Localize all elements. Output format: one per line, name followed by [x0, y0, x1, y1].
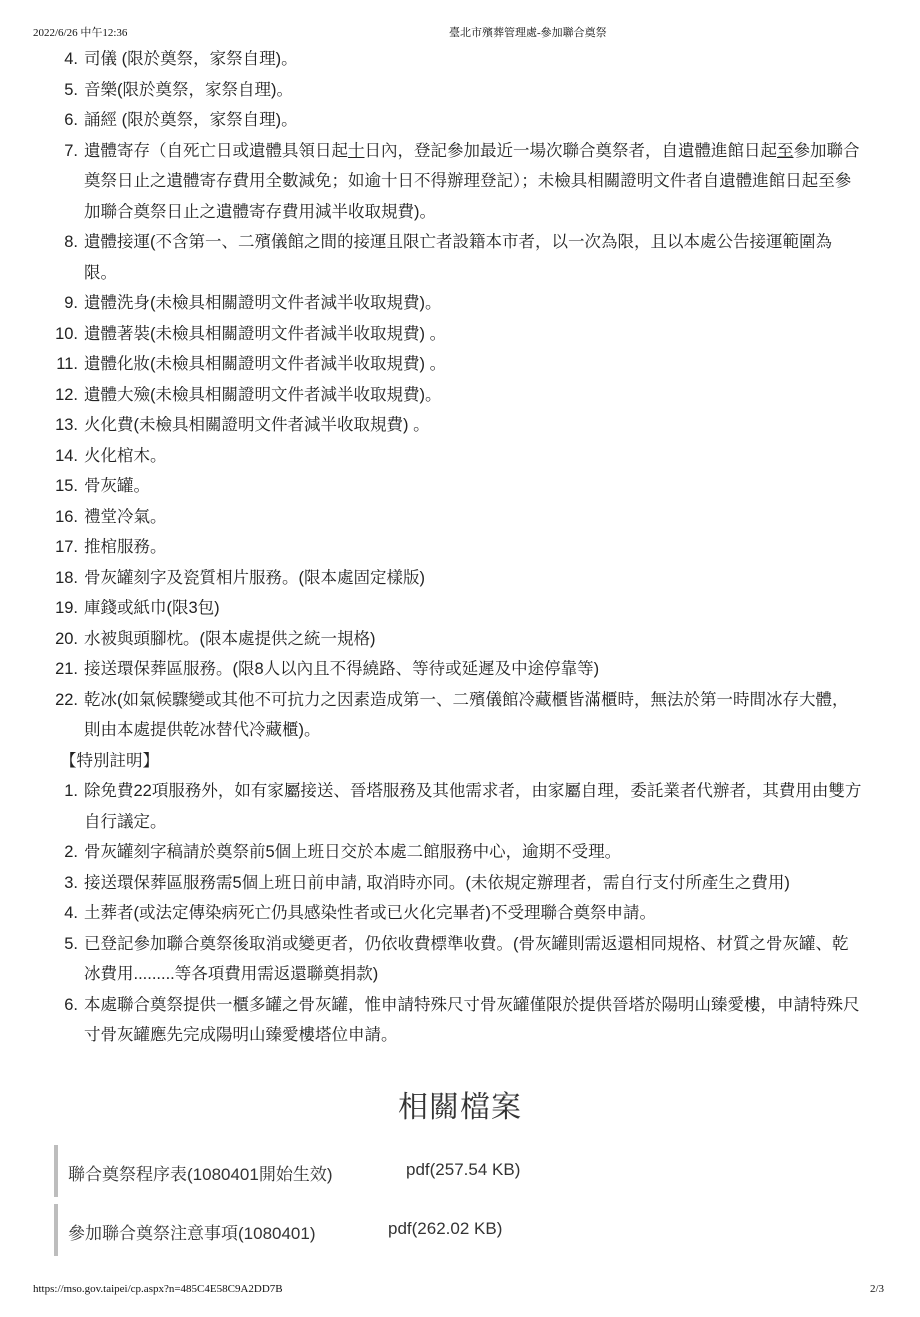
item-number: 8. [0, 227, 78, 258]
item-number: 7. [0, 136, 78, 167]
item-text: 骨灰罐刻字及瓷質相片服務。(限本處固定樣版) [84, 569, 425, 587]
item-number: 14. [0, 441, 78, 472]
list-item: 9.遺體洗身(未檢具相關證明文件者減半收取規費)。 [0, 288, 920, 319]
print-datetime: 2022/6/26 中午12:36 [33, 24, 127, 40]
item-number: 15. [0, 471, 78, 502]
item-number: 12. [0, 380, 78, 411]
item-text: 火化費(未檢具相關證明文件者減半收取規費) 。 [84, 416, 430, 434]
list-item: 8.遺體接運(不含第一、二殯儀館之間的接運且限亡者設籍本市者，以一次為限，且以本… [0, 227, 920, 288]
item-text: 骨灰罐刻字稿請於奠祭前5個上班日交於本處二館服務中心，逾期不受理。 [84, 843, 621, 861]
file-download-link[interactable]: 參加聯合奠祭注意事項(1080401) pdf(262.02 KB) [54, 1204, 858, 1256]
list-item: 20.水被與頭腳枕。(限本處提供之統一規格) [0, 624, 920, 655]
list-item: 12.遺體大殮(未檢具相關證明文件者減半收取規費)。 [0, 380, 920, 411]
item-number: 16. [0, 502, 78, 533]
item-number: 20. [0, 624, 78, 655]
item-text: 接送環保葬區服務。(限8人以內且不得繞路、等待或延遲及中途停靠等) [84, 660, 599, 678]
free-services-list: 4.司儀 (限於奠祭，家祭自理)。 5.音樂(限於奠祭，家祭自理)。 6.誦經 … [0, 44, 920, 746]
item-text: 本處聯合奠祭提供一櫃多罐之骨灰罐，惟申請特殊尺寸骨灰罐僅限於提供晉塔於陽明山臻愛… [84, 996, 860, 1045]
item-number: 18. [0, 563, 78, 594]
print-footer: https://mso.gov.taipei/cp.aspx?n=485C4E5… [0, 1283, 920, 1299]
main-content: 4.司儀 (限於奠祭，家祭自理)。 5.音樂(限於奠祭，家祭自理)。 6.誦經 … [0, 44, 920, 1051]
list-item: 2.骨灰罐刻字稿請於奠祭前5個上班日交於本處二館服務中心，逾期不受理。 [0, 837, 920, 868]
item-number: 1. [0, 776, 78, 807]
list-item: 16.禮堂冷氣。 [0, 502, 920, 533]
list-item: 15.骨灰罐。 [0, 471, 920, 502]
list-item: 17.推棺服務。 [0, 532, 920, 563]
list-item: 10.遺體著裝(未檢具相關證明文件者減半收取規費) 。 [0, 319, 920, 350]
item-text: 已登記參加聯合奠祭後取消或變更者，仍依收費標準收費。(骨灰罐則需返還相同規格、材… [84, 935, 849, 984]
item-number: 4. [0, 898, 78, 929]
file-name[interactable]: 參加聯合奠祭注意事項(1080401) [68, 1219, 316, 1244]
item-text: 接送環保葬區服務需5個上班日前申請, 取消時亦同。(未依規定辦理者，需自行支付所… [84, 874, 790, 892]
item-text: 遺體寄存（自死亡日或遺體具領日起 [84, 142, 348, 160]
list-item: 13.火化費(未檢具相關證明文件者減半收取規費) 。 [0, 410, 920, 441]
list-item: 3.接送環保葬區服務需5個上班日前申請, 取消時亦同。(未依規定辦理者，需自行支… [0, 868, 920, 899]
item-number: 6. [0, 105, 78, 136]
list-item: 5.音樂(限於奠祭，家祭自理)。 [0, 75, 920, 106]
item-text: 誦經 (限於奠祭，家祭自理)。 [84, 111, 298, 129]
item-text: 除免費22項服務外，如有家屬接送、晉塔服務及其他需求者，由家屬自理，委託業者代辦… [84, 782, 861, 831]
page-url: https://mso.gov.taipei/cp.aspx?n=485C4E5… [33, 1283, 283, 1295]
item-text: 日內，登記參加最近一場次聯合奠祭者，自遺體進館日起 [365, 142, 778, 160]
item-text: 骨灰罐。 [84, 477, 150, 495]
file-name[interactable]: 聯合奠祭程序表(1080401開始生效) [68, 1160, 333, 1185]
item-number: 10. [0, 319, 78, 350]
item-number: 21. [0, 654, 78, 685]
item-number: 6. [0, 990, 78, 1021]
item-number: 19. [0, 593, 78, 624]
item-text: 火化棺木。 [84, 447, 167, 465]
list-item: 6.本處聯合奠祭提供一櫃多罐之骨灰罐，惟申請特殊尺寸骨灰罐僅限於提供晉塔於陽明山… [0, 990, 920, 1051]
item-number: 3. [0, 868, 78, 899]
list-item: 19.庫錢或紙巾(限3包) [0, 593, 920, 624]
item-text: 遺體化妝(未檢具相關證明文件者減半收取規費) 。 [84, 355, 446, 373]
item-number: 2. [0, 837, 78, 868]
item-text: 乾冰(如氣候驟變或其他不可抗力之因素造成第一、二殯儀館冷藏櫃皆滿櫃時，無法於第一… [84, 691, 849, 740]
list-item: 1.除免費22項服務外，如有家屬接送、晉塔服務及其他需求者，由家屬自理，委託業者… [0, 776, 920, 837]
item-text: 水被與頭腳枕。(限本處提供之統一規格) [84, 630, 376, 648]
special-notes-list: 1.除免費22項服務外，如有家屬接送、晉塔服務及其他需求者，由家屬自理，委託業者… [0, 776, 920, 1051]
list-item: 22.乾冰(如氣候驟變或其他不可抗力之因素造成第一、二殯儀館冷藏櫃皆滿櫃時，無法… [0, 685, 920, 746]
list-item: 14.火化棺木。 [0, 441, 920, 472]
item-text: 遺體大殮(未檢具相關證明文件者減半收取規費)。 [84, 386, 442, 404]
item-text: 推棺服務。 [84, 538, 167, 556]
underlined-text: 至 [777, 142, 794, 160]
list-item: 4.司儀 (限於奠祭，家祭自理)。 [0, 44, 920, 75]
list-item: 11.遺體化妝(未檢具相關證明文件者減半收取規費) 。 [0, 349, 920, 380]
list-item: 18.骨灰罐刻字及瓷質相片服務。(限本處固定樣版) [0, 563, 920, 594]
item-text: 遺體接運(不含第一、二殯儀館之間的接運且限亡者設籍本市者，以一次為限，且以本處公… [84, 233, 832, 282]
item-text: 遺體洗身(未檢具相關證明文件者減半收取規費)。 [84, 294, 442, 312]
item-text: 禮堂冷氣。 [84, 508, 167, 526]
item-number: 22. [0, 685, 78, 716]
file-size[interactable]: pdf(262.02 KB) [388, 1219, 502, 1239]
item-number: 4. [0, 44, 78, 75]
list-item: 5.已登記參加聯合奠祭後取消或變更者，仍依收費標準收費。(骨灰罐則需返還相同規格… [0, 929, 920, 990]
item-number: 5. [0, 75, 78, 106]
item-text: 司儀 (限於奠祭，家祭自理)。 [84, 50, 298, 68]
item-text: 遺體著裝(未檢具相關證明文件者減半收取規費) 。 [84, 325, 446, 343]
item-number: 9. [0, 288, 78, 319]
item-number: 13. [0, 410, 78, 441]
file-size[interactable]: pdf(257.54 KB) [406, 1160, 520, 1180]
item-number: 17. [0, 532, 78, 563]
underlined-text: 十 [348, 142, 365, 160]
file-download-link[interactable]: 聯合奠祭程序表(1080401開始生效) pdf(257.54 KB) [54, 1145, 858, 1197]
item-text: 庫錢或紙巾(限3包) [84, 599, 220, 617]
special-notes-heading: 【特別註明】 [0, 746, 920, 777]
related-files-title: 相關檔案 [0, 1082, 920, 1126]
print-header: 2022/6/26 中午12:36 臺北市殯葬管理處-參加聯合奠祭 [0, 24, 920, 40]
list-item: 6.誦經 (限於奠祭，家祭自理)。 [0, 105, 920, 136]
list-item: 7.遺體寄存（自死亡日或遺體具領日起十日內，登記參加最近一場次聯合奠祭者，自遺體… [0, 136, 920, 228]
print-page-title: 臺北市殯葬管理處-參加聯合奠祭 [449, 24, 607, 40]
item-text: 音樂(限於奠祭，家祭自理)。 [84, 81, 293, 99]
item-number: 11. [0, 349, 78, 380]
list-item: 4.土葬者(或法定傳染病死亡仍具感染性者或已火化完畢者)不受理聯合奠祭申請。 [0, 898, 920, 929]
page-number: 2/3 [870, 1283, 884, 1295]
list-item: 21.接送環保葬區服務。(限8人以內且不得繞路、等待或延遲及中途停靠等) [0, 654, 920, 685]
item-number: 5. [0, 929, 78, 960]
item-text: 土葬者(或法定傳染病死亡仍具感染性者或已火化完畢者)不受理聯合奠祭申請。 [84, 904, 656, 922]
